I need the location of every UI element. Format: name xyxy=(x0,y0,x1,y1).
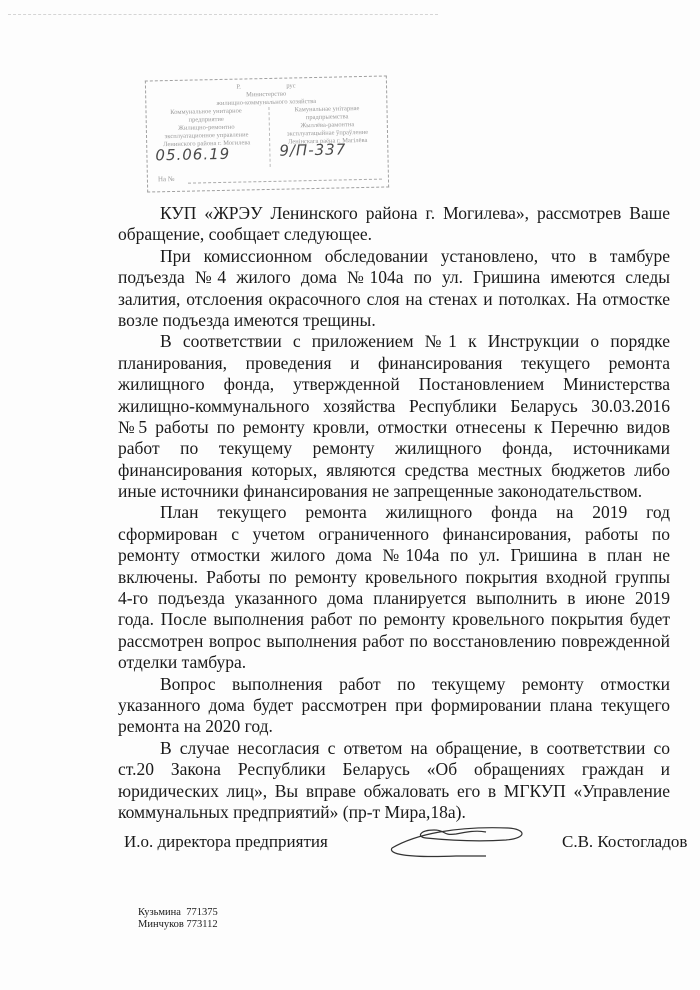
text-line: В соответствии с приложением №1 к Инстру… xyxy=(118,331,670,352)
text-line: указанного дома будет рассмотрен при фор… xyxy=(118,695,670,716)
stamp-handwritten-number: 9/П-337 xyxy=(279,145,346,154)
signature-block: И.о. директора предприятия С.В. Костогла… xyxy=(124,832,700,862)
stamp-baseline xyxy=(188,179,382,184)
text-line: подъезда №4 жилого дома №104а по ул. Гри… xyxy=(118,267,670,288)
text-line: сформирован с учетом ограниченного финан… xyxy=(118,524,670,545)
scan-artifact-line xyxy=(8,14,438,15)
text-line: финансирования которых, являются средств… xyxy=(118,460,670,481)
text-line: жилищного фонда, утвержденной Постановле… xyxy=(118,374,670,395)
stamp-left-column: Коммунальное унитарное предприятие Жилищ… xyxy=(148,107,264,149)
registration-stamp: Р. рус Министерство жилищно-коммунальног… xyxy=(145,75,389,192)
text-line: залития, отслоения окрасочного слоя на с… xyxy=(118,289,670,310)
stamp-handwritten-date: 05.06.19 xyxy=(155,150,230,160)
contact-line: Минчуков 773112 xyxy=(138,919,218,931)
text-line: рассмотрен вопрос выполнения работ по во… xyxy=(118,631,670,652)
text-line: ремонту отмостки жилого дома №104а по ул… xyxy=(118,545,670,566)
text-line: Вопрос выполнения работ по текущему ремо… xyxy=(118,674,670,695)
contact-line: Кузьмина 771375 xyxy=(138,907,218,919)
text-line: №5 работы по ремонту кровли, отмостки от… xyxy=(118,417,670,438)
text-line: планирования, проведения и финансировани… xyxy=(118,353,670,374)
text-line: иные источники финансирования не запреще… xyxy=(118,481,670,502)
text-line: юридических лиц», Вы вправе обжаловать е… xyxy=(118,781,670,802)
stamp-header-short: Р. xyxy=(236,84,241,91)
stamp-ref-label: На № xyxy=(158,175,175,183)
handwritten-signature-icon xyxy=(386,818,536,862)
text-line: 4-го подъезда указанного дома планируетс… xyxy=(118,588,670,609)
text-line: обращение, сообщает следующее. xyxy=(118,224,670,245)
contact-list: Кузьмина 771375 Минчуков 773112 xyxy=(138,907,218,931)
text-line: жилищно-коммунального хозяйства Республи… xyxy=(118,396,670,417)
text-line: работ по текущему ремонту жилищного фонд… xyxy=(118,438,670,459)
text-line: включены. Работы по ремонту кровельного … xyxy=(118,567,670,588)
text-line: возле подъезда имеются трещины. xyxy=(118,310,670,331)
document-page: Р. рус Министерство жилищно-коммунальног… xyxy=(0,0,700,990)
text-line: В случае несогласия с ответом на обращен… xyxy=(118,738,670,759)
stamp-header-right: рус xyxy=(286,82,295,89)
text-line: КУП «ЖРЭУ Ленинского района г. Могилева»… xyxy=(118,203,670,224)
text-line: года. После выполнения работ по ремонту … xyxy=(118,609,670,630)
text-line: ремонта на 2020 год. xyxy=(118,716,670,737)
signatory-title: И.о. директора предприятия xyxy=(124,832,328,852)
letter-body: КУП «ЖРЭУ Ленинского района г. Могилева»… xyxy=(118,203,670,823)
text-line: План текущего ремонта жилищного фонда на… xyxy=(118,502,670,523)
text-line: При комиссионном обследовании установлен… xyxy=(118,246,670,267)
signatory-name: С.В. Костогладов xyxy=(562,832,687,852)
text-line: отделки тамбура. xyxy=(118,652,670,673)
text-line: ст.20 Закона Республики Беларусь «Об обр… xyxy=(118,759,670,780)
